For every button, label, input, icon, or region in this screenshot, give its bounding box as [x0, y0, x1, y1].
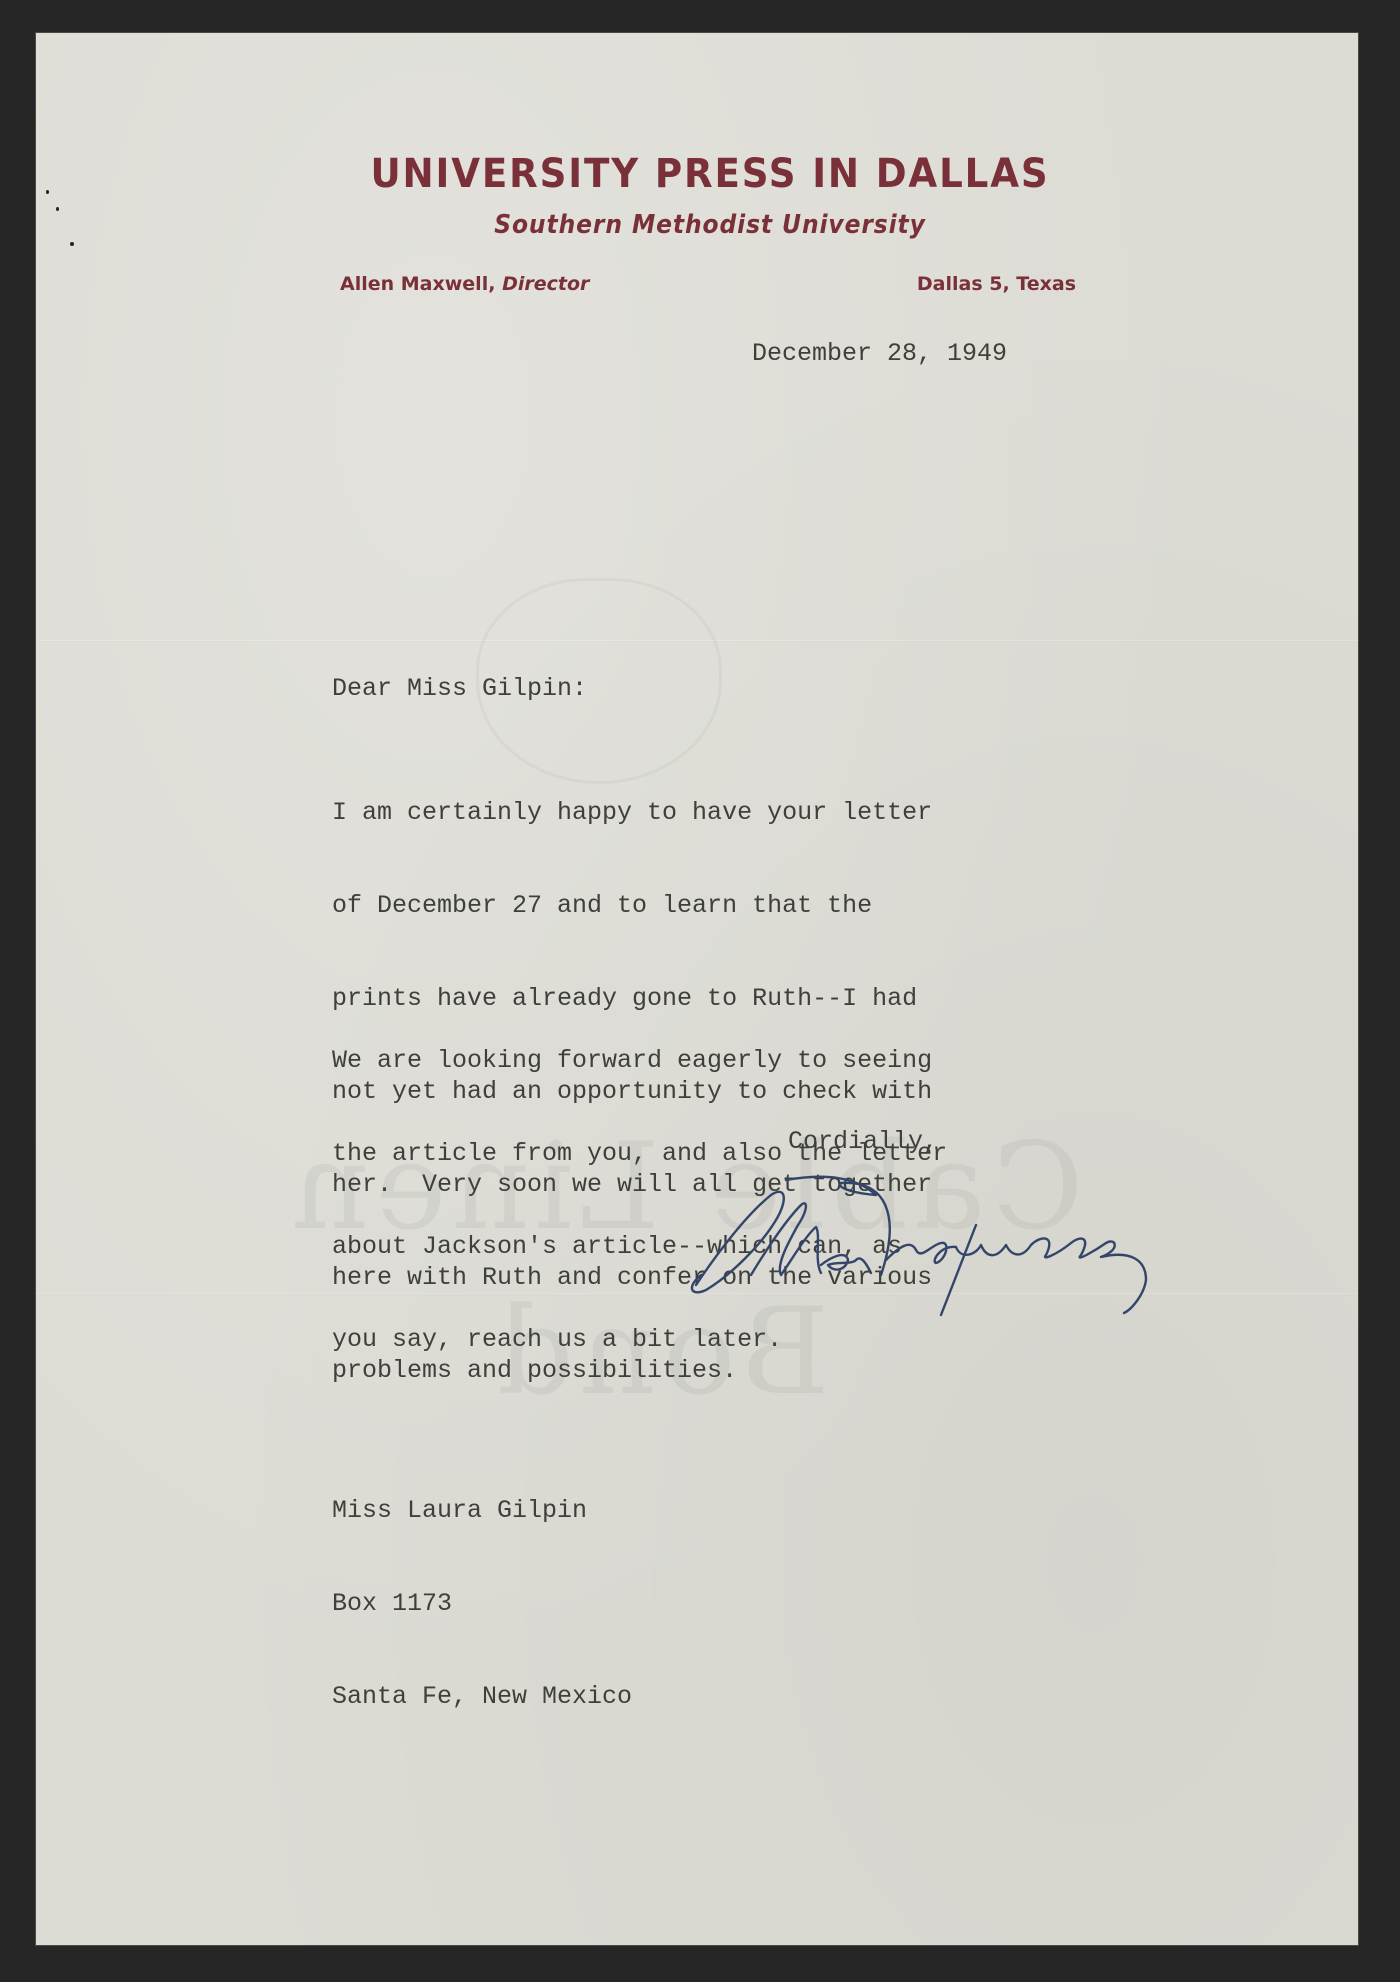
letterhead-location: Dallas 5, Texas	[876, 273, 1076, 295]
letterhead-title: UNIVERSITY PRESS IN DALLAS	[366, 151, 1054, 197]
body-line: We are looking forward eagerly to seeing	[332, 1045, 947, 1076]
signature	[676, 1165, 1216, 1325]
address-line: Miss Laura Gilpin	[332, 1495, 632, 1526]
closing: Cordially,	[788, 1126, 938, 1157]
letter-date: December 28, 1949	[752, 338, 1007, 369]
director-name: Allen Maxwell,	[340, 273, 495, 295]
letterhead-director: Allen Maxwell, Director	[340, 273, 589, 295]
body-line: I am certainly happy to have your letter	[332, 797, 932, 828]
letter-page: Cable Linen Bond UNIVERSITY PRESS IN DAL…	[36, 33, 1358, 1945]
body-line: you say, reach us a bit later.	[332, 1324, 947, 1355]
director-role: Director	[502, 273, 589, 295]
address-line: Box 1173	[332, 1588, 632, 1619]
address-line: Santa Fe, New Mexico	[332, 1681, 632, 1712]
salutation: Dear Miss Gilpin:	[332, 673, 587, 704]
body-line: of December 27 and to learn that the	[332, 890, 932, 921]
letterhead-subtitle: Southern Methodist University	[377, 210, 1043, 240]
recipient-address: Miss Laura Gilpin Box 1173 Santa Fe, New…	[332, 1433, 632, 1774]
